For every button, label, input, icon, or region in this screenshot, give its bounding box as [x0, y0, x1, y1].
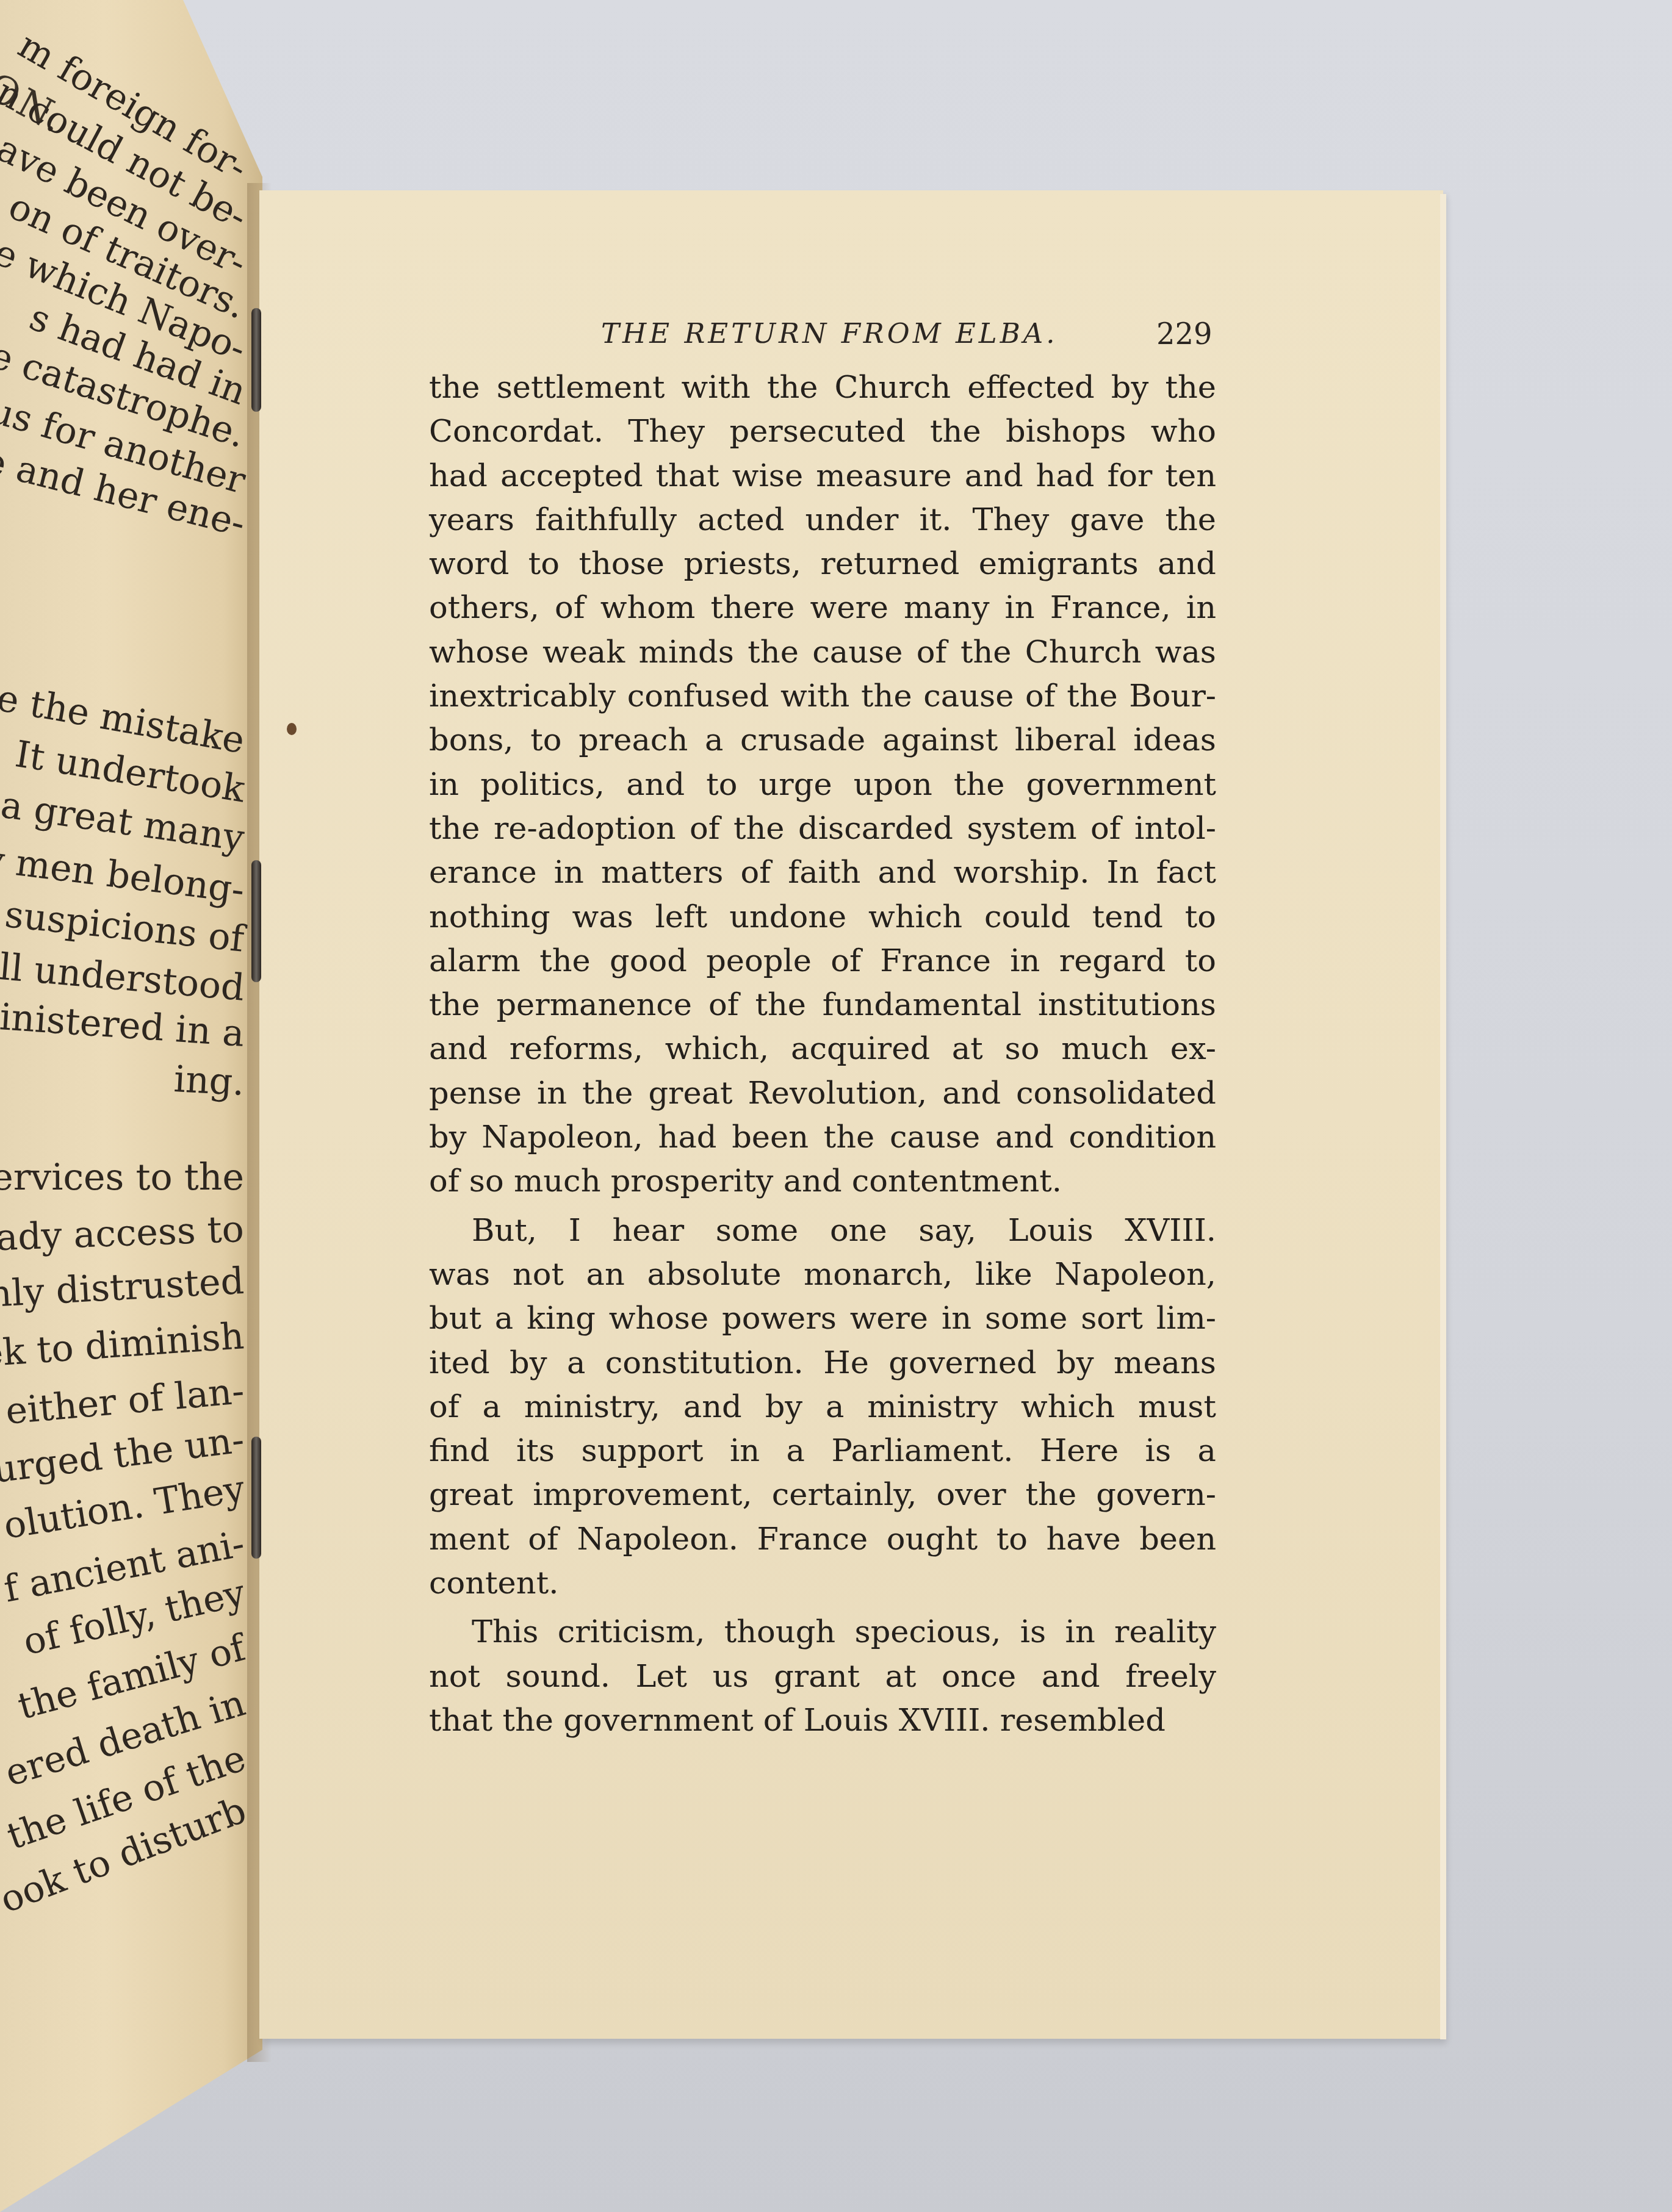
left-text-fragment: services to the [0, 1159, 244, 1196]
text-line: alarm the good people of France in regar… [429, 939, 1216, 983]
text-line: Concordat. They persecuted the bishops w… [429, 410, 1216, 454]
text-line: of so much prosperity and contentment. [429, 1160, 1216, 1204]
text-line: word to those priests, returned emigrant… [429, 542, 1216, 586]
text-line: ited by a constitution. He governed by m… [429, 1341, 1216, 1385]
text-line: ment of Napoleon. France ought to have b… [429, 1518, 1216, 1562]
staple-icon [251, 1437, 261, 1559]
staple-icon [251, 860, 261, 982]
text-line: pense in the great Revolution, and conso… [429, 1072, 1216, 1116]
text-line: had accepted that wise measure and had f… [429, 454, 1216, 498]
text-line: not sound. Let us grant at once and free… [429, 1655, 1216, 1699]
text-line: in politics, and to urge upon the govern… [429, 763, 1216, 807]
text-line: the settlement with the Church effected … [429, 366, 1216, 410]
text-line: find its support in a Parliament. Here i… [429, 1429, 1216, 1473]
foxing-spot [287, 723, 297, 735]
text-line: inextricably confused with the cause of … [429, 675, 1216, 719]
left-text-fragment: ghly distrusted [0, 1263, 245, 1314]
text-line: But, I hear some one say, Louis XVIII. [429, 1209, 1216, 1253]
text-line: content. [429, 1562, 1216, 1606]
text-line: the permanence of the fundamental instit… [429, 983, 1216, 1027]
page-fore-edge [1440, 194, 1446, 2039]
page-number: 229 [1156, 317, 1213, 351]
text-line: This criticism, though specious, is in r… [429, 1611, 1216, 1654]
text-line: erance in matters of faith and worship. … [429, 851, 1216, 895]
text-line: was not an absolute monarch, like Napole… [429, 1253, 1216, 1297]
text-line: and reforms, which, acquired at so much … [429, 1027, 1216, 1071]
text-line: the re-adoption of the discarded system … [429, 807, 1216, 851]
text-line: by Napoleon, had been the cause and cond… [429, 1116, 1216, 1160]
text-line: that the government of Louis XVIII. rese… [429, 1699, 1216, 1743]
body-text: the settlement with the Church effected … [429, 366, 1216, 1743]
text-line: nothing was left undone which could tend… [429, 896, 1216, 939]
paragraph: This criticism, though specious, is in r… [429, 1611, 1216, 1743]
text-line: bons, to preach a crusade against libera… [429, 719, 1216, 763]
left-text-fragment: eek to diminish [0, 1318, 245, 1374]
text-line: great improvement, certainly, over the g… [429, 1473, 1216, 1517]
left-text-fragment: ing. [173, 1061, 245, 1101]
text-line: others, of whom there were many in Franc… [429, 586, 1216, 630]
paragraph: the settlement with the Church effected … [429, 366, 1216, 1204]
paragraph: But, I hear some one say, Louis XVIII.wa… [429, 1209, 1216, 1606]
text-line: years faithfully acted under it. They ga… [429, 498, 1216, 542]
left-text-fragment: ready access to [0, 1211, 245, 1257]
staple-icon [251, 308, 261, 412]
left-page: ON. m foreign for-en could not be-ave be… [0, 0, 262, 2212]
text-line: but a king whose powers were in some sor… [429, 1297, 1216, 1341]
text-line: whose weak minds the cause of the Church… [429, 631, 1216, 675]
text-line: of a ministry, and by a ministry which m… [429, 1385, 1216, 1429]
running-head: THE RETURN FROM ELBA. [601, 317, 1211, 350]
left-text-fragment: either of lan- [4, 1373, 246, 1430]
